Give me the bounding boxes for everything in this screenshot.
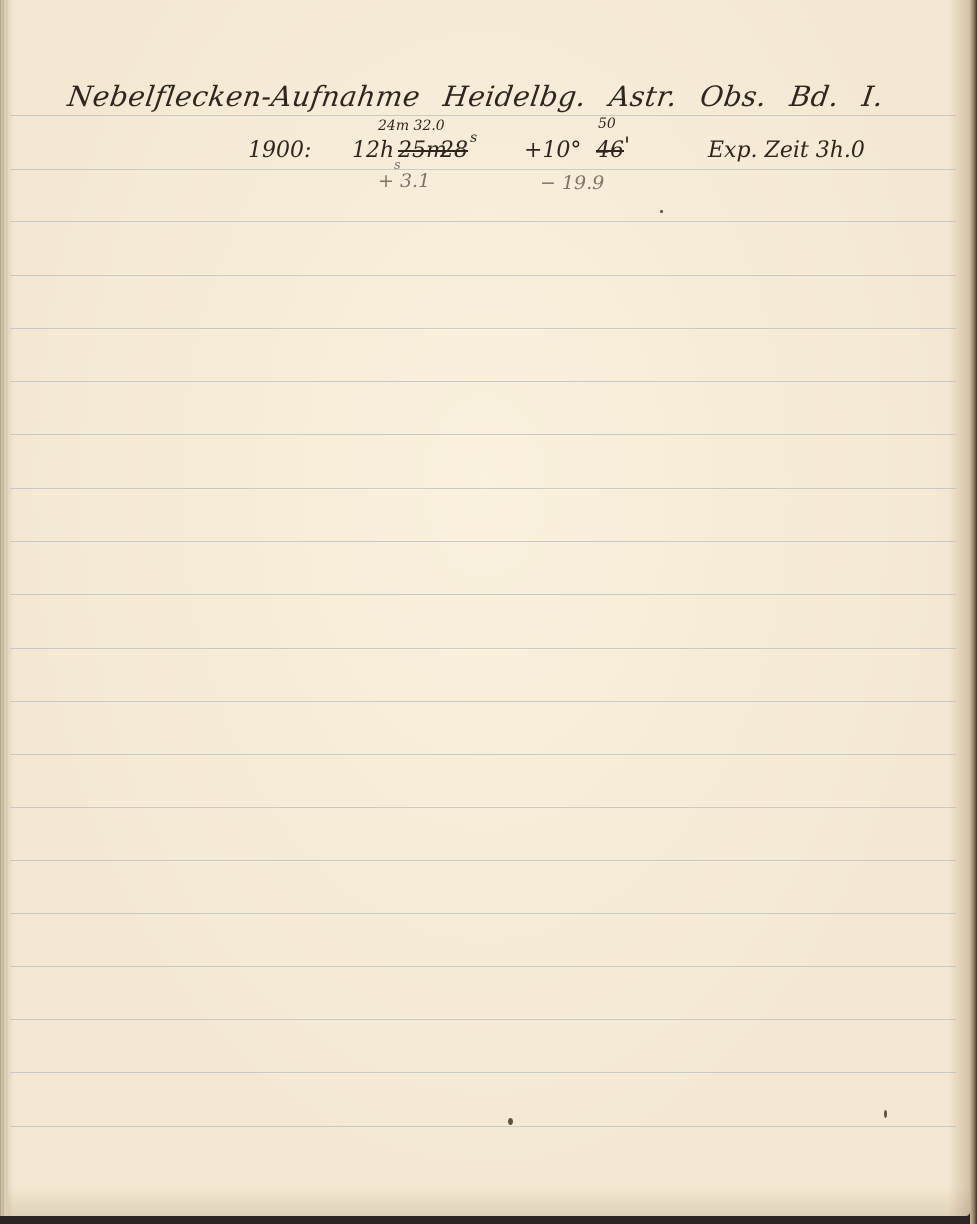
ruled-line <box>10 541 956 542</box>
page-fore-edge <box>970 0 977 1224</box>
ruled-line <box>10 754 956 755</box>
dec-pencil-correction: − 19.9 <box>540 172 604 194</box>
ruled-line <box>10 488 956 489</box>
ruled-line <box>10 434 956 435</box>
ruled-line <box>10 913 956 914</box>
dec-minutes-unit: ' <box>624 134 630 159</box>
ruled-line <box>10 328 956 329</box>
exposure-time: Exp. Zeit 3h.0 <box>708 138 865 163</box>
notebook-page: Nebelflecken-Aufnahme Heidelbg. Astr. Ob… <box>0 0 970 1216</box>
ink-speck <box>508 1118 513 1125</box>
ra-correction: 24m 32.0 <box>378 118 445 134</box>
ruled-line <box>10 594 956 595</box>
ruled-line <box>10 966 956 967</box>
ruled-line <box>10 1019 956 1020</box>
ink-speck <box>884 1110 887 1118</box>
heading-text: Nebelflecken-Aufnahme Heidelbg. Astr. Ob… <box>66 80 886 113</box>
dec-degrees: +10° <box>524 138 581 163</box>
page-binding-edge <box>0 0 8 1216</box>
ink-speck <box>660 210 663 213</box>
ruled-line <box>10 701 956 702</box>
dec-correction: 50 <box>598 116 616 132</box>
ruled-line <box>10 169 956 170</box>
ruled-line <box>10 648 956 649</box>
ruled-line <box>10 221 956 222</box>
ra-seconds-unit: s <box>470 130 477 146</box>
ruled-line <box>10 807 956 808</box>
ra-hours: 12h <box>352 138 394 163</box>
ruled-line <box>10 1126 956 1127</box>
ruled-line <box>10 381 956 382</box>
ra-pencil-correction: + 3.1 <box>378 170 430 192</box>
epoch-label: 1900: <box>248 138 311 163</box>
ruled-line <box>10 860 956 861</box>
ruled-line <box>10 275 956 276</box>
ruled-line <box>10 115 956 116</box>
dec-minutes-struck: 46 <box>596 138 624 163</box>
ra-seconds-struck: 28 <box>440 138 468 163</box>
ruled-line <box>10 1072 956 1073</box>
